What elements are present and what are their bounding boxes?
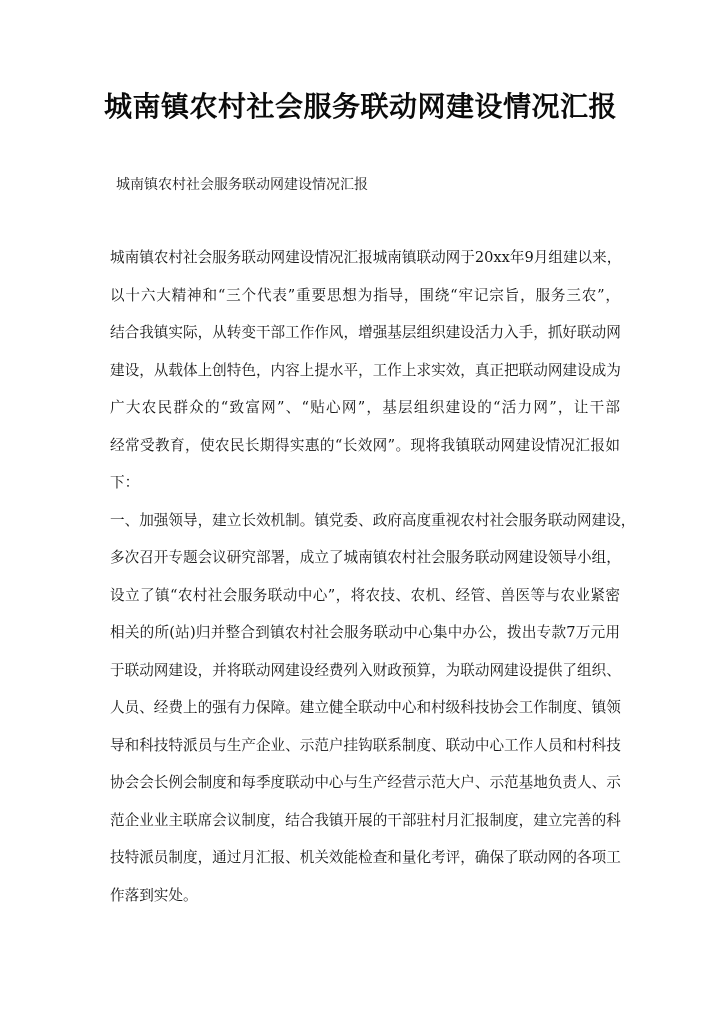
- body-line: 城南镇农村社会服务联动网建设情况汇报城南镇联动网于20xx年9月组建以来，: [110, 246, 620, 284]
- body-line: 多次召开专题会议研究部署，成立了城南镇农村社会服务联动网建设领导小组，: [110, 546, 620, 584]
- body-line: 以十六大精神和“三个代表”重要思想为指导，围绕“牢记宗旨，服务三农”，: [110, 284, 620, 322]
- body-line: 一、加强领导，建立长效机制。镇党委、政府高度重视农村社会服务联动网建设，: [110, 509, 620, 547]
- body-line: 技特派员制度，通过月汇报、机关效能检查和量化考评，确保了联动网的各项工: [110, 846, 620, 884]
- body-line: 经常受教育，使农民长期得实惠的“长效网”。现将我镇联动网建设情况汇报如: [110, 434, 620, 472]
- body-line: 相关的所(站)归并整合到镇农村社会服务联动中心集中办公，拨出专款7万元用: [110, 621, 620, 659]
- body-line: 于联动网建设，并将联动网建设经费列入财政预算，为联动网建设提供了组织、: [110, 659, 620, 697]
- document-title: 城南镇农村社会服务联动网建设情况汇报: [0, 88, 721, 126]
- body-line: 协会会长例会制度和每季度联动中心与生产经营示范大户、示范基地负责人、示: [110, 771, 620, 809]
- body-line: 广大农民群众的“致富网”、“贴心网”，基层组织建设的“活力网”，让干部: [110, 396, 620, 434]
- body-line: 作落到实处。: [110, 884, 620, 922]
- document-page: 城南镇农村社会服务联动网建设情况汇报 城南镇农村社会服务联动网建设情况汇报 城南…: [0, 0, 721, 1020]
- body-line: 导和科技特派员与生产企业、示范户挂钩联系制度、联动中心工作人员和村科技: [110, 734, 620, 772]
- body-line: 范企业业主联席会议制度，结合我镇开展的干部驻村月汇报制度，建立完善的科: [110, 809, 620, 847]
- body-line: 设立了镇“农村社会服务联动中心”，将农技、农机、经管、兽医等与农业紧密: [110, 584, 620, 622]
- body-line: 建设，从载体上创特色，内容上提水平，工作上求实效，真正把联动网建设成为: [110, 359, 620, 397]
- body-line: 下：: [110, 471, 620, 509]
- body-line: 结合我镇实际，从转变干部工作作风，增强基层组织建设活力入手，抓好联动网: [110, 321, 620, 359]
- body-line: 人员、经费上的强有力保障。建立健全联动中心和村级科技协会工作制度、镇领: [110, 696, 620, 734]
- document-body: 城南镇农村社会服务联动网建设情况汇报城南镇联动网于20xx年9月组建以来， 以十…: [110, 246, 620, 921]
- document-subtitle: 城南镇农村社会服务联动网建设情况汇报: [116, 174, 368, 196]
